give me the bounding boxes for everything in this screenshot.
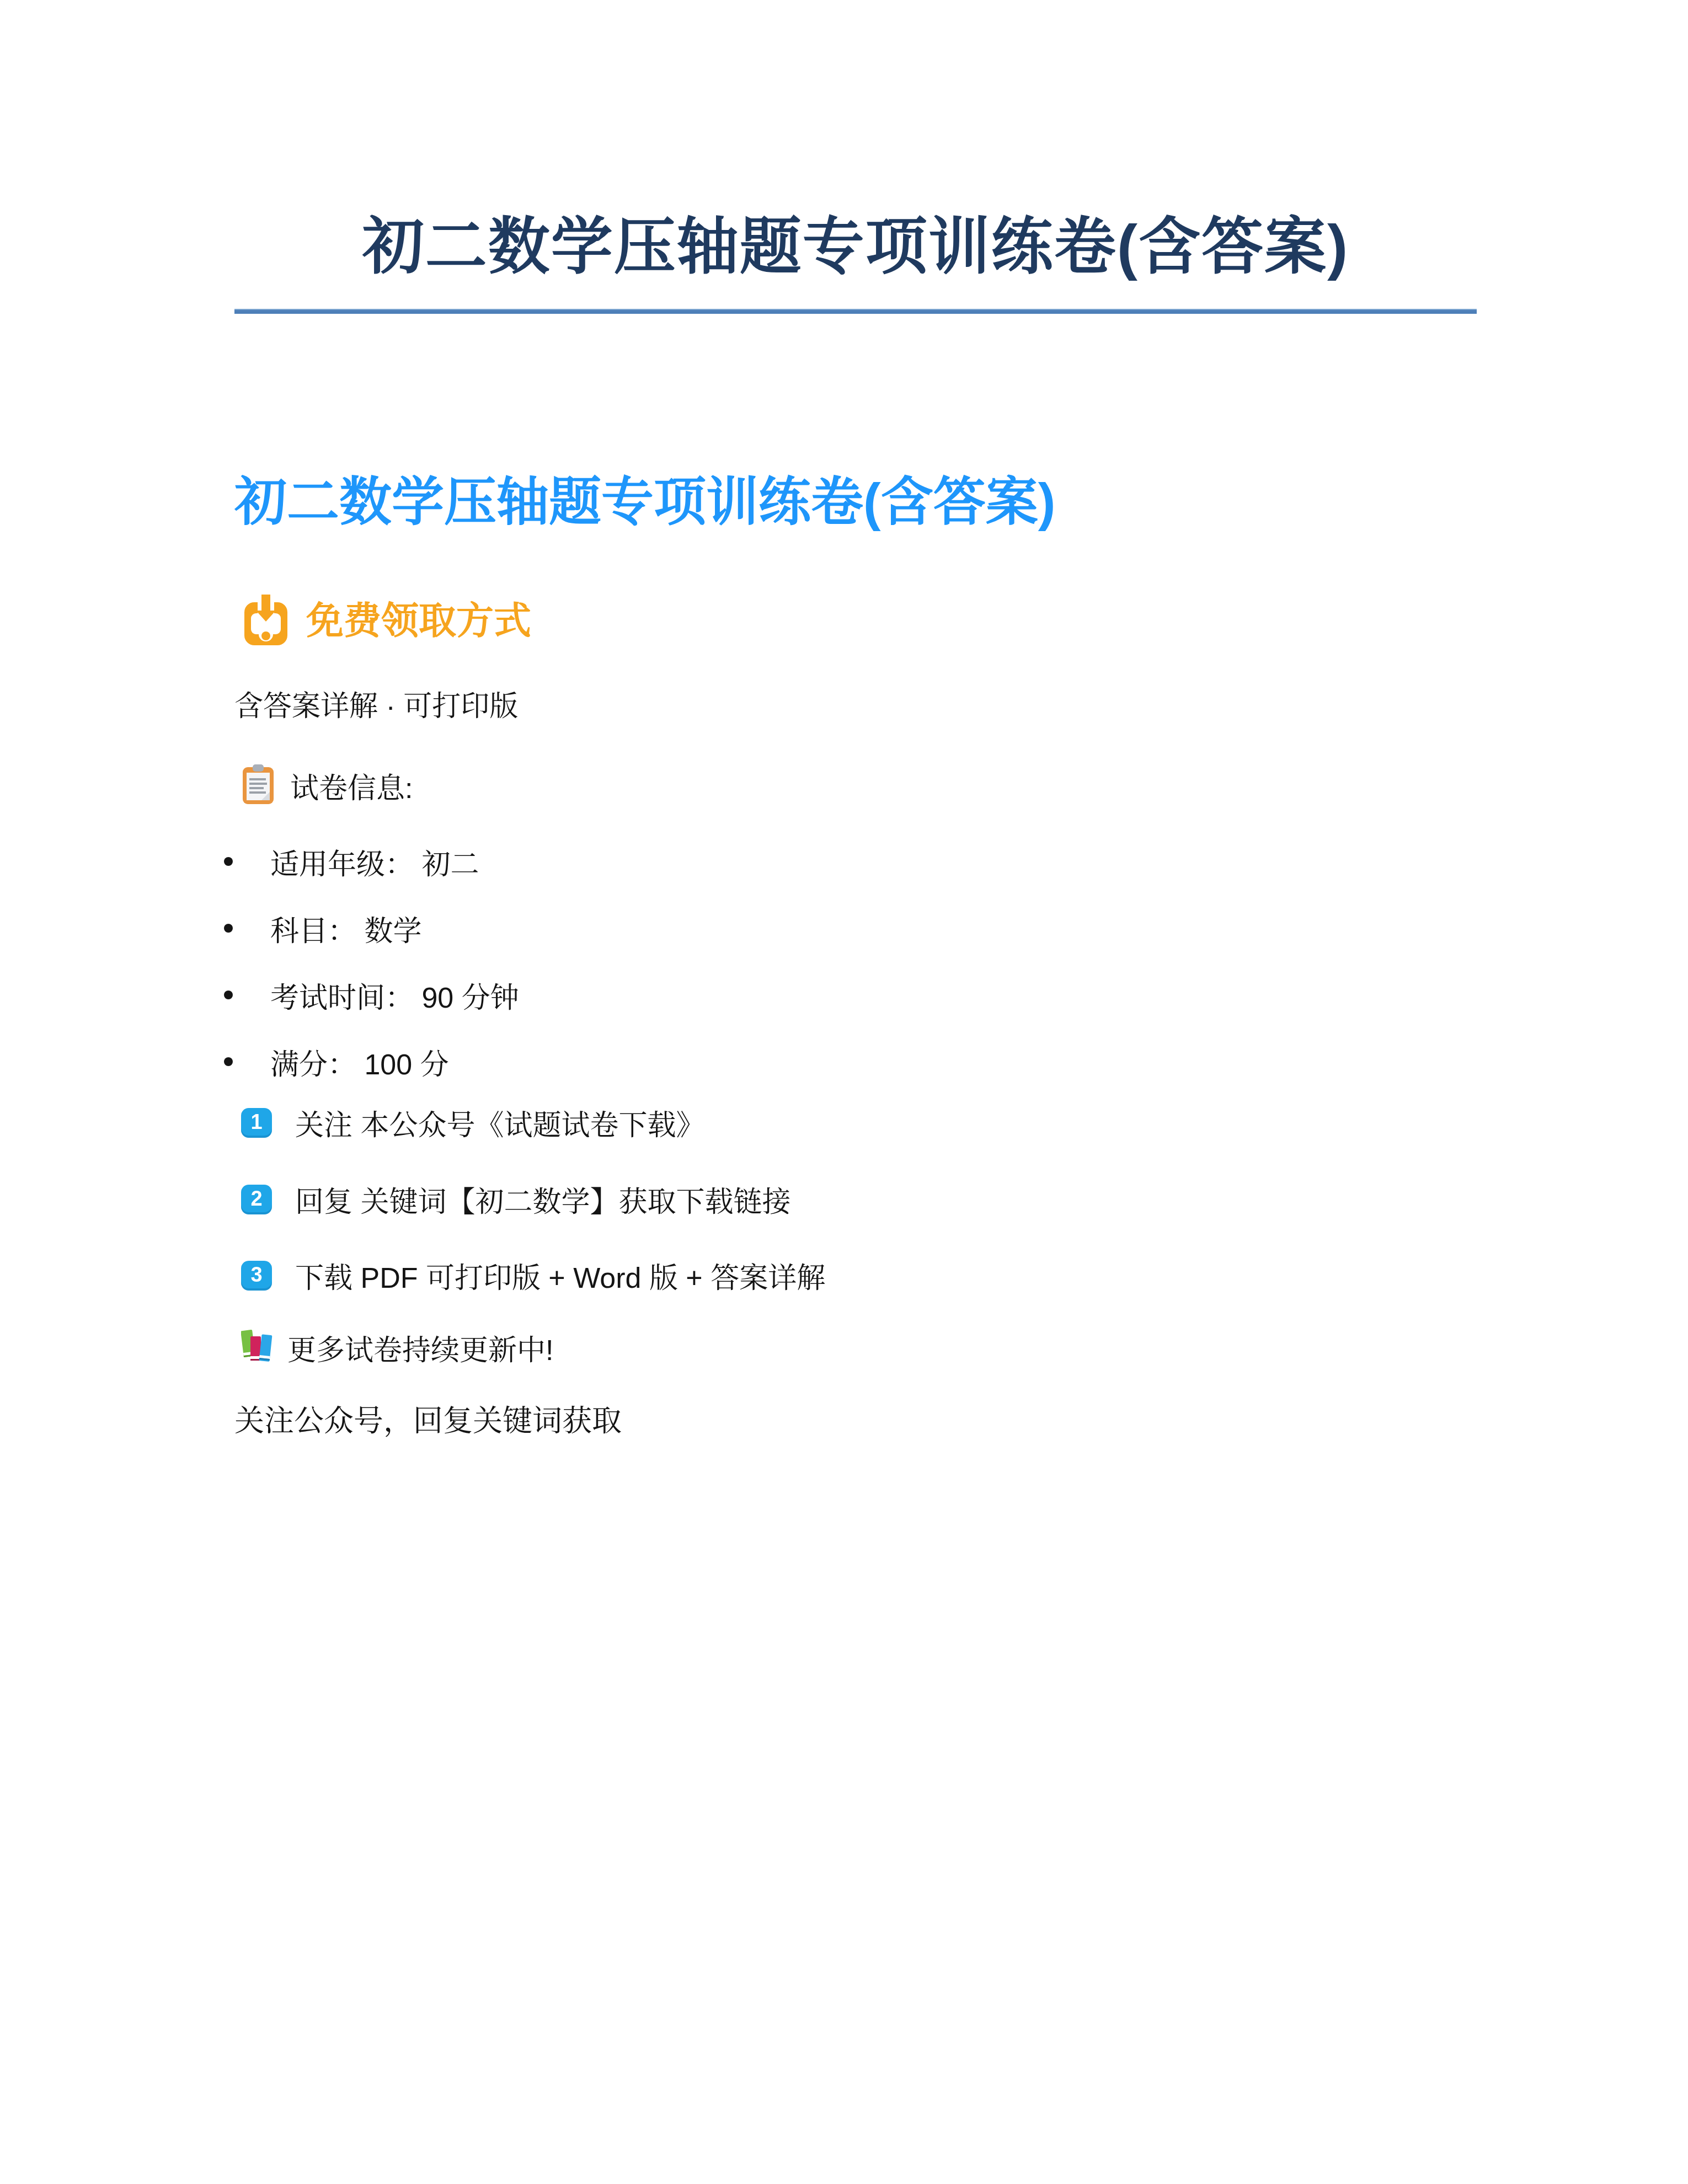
title-divider	[234, 309, 1477, 314]
step-row-1: 1 关注 本公众号《试题试卷下载》	[241, 1102, 704, 1143]
claim-heading-row: 免费领取方式	[244, 595, 531, 648]
step-row-3: 3 下载 PDF 可打印版 + Word 版 + 答案详解	[241, 1255, 825, 1296]
info-heading-label: 试卷信息:	[290, 765, 413, 806]
list-item: 考试时间： 90 分钟	[224, 976, 519, 1014]
info-item-subject: 科目： 数学	[270, 908, 421, 949]
info-item-duration: 考试时间： 90 分钟	[270, 975, 519, 1016]
document-page: 初二数学压轴题专项训练卷(含答案) 初二数学压轴题专项训练卷(含答案) 免费领取…	[0, 0, 1688, 2184]
list-item: 满分： 100 分	[224, 1042, 519, 1081]
bullet-icon	[224, 857, 233, 866]
books-icon	[241, 1329, 273, 1366]
info-list: 适用年级： 初二 科目： 数学 考试时间： 90 分钟 满分： 100 分	[224, 842, 519, 1109]
number-1-keycap-icon: 1	[241, 1108, 272, 1138]
description-line: 含答案详解 · 可打印版	[234, 688, 518, 726]
number-3-keycap-icon: 3	[241, 1261, 272, 1291]
more-text: 更多试卷持续更新中!	[287, 1327, 553, 1368]
list-item: 科目： 数学	[224, 909, 519, 948]
list-item: 适用年级： 初二	[224, 842, 519, 881]
info-item-score: 满分： 100 分	[270, 1041, 449, 1083]
bullet-icon	[224, 1057, 233, 1066]
more-row: 更多试卷持续更新中!	[241, 1330, 553, 1364]
bullet-icon	[224, 924, 233, 933]
claim-heading-label: 免费领取方式	[306, 599, 531, 644]
step-3-text: 下载 PDF 可打印版 + Word 版 + 答案详解	[295, 1255, 825, 1296]
footer-line: 关注公众号，回复关键词获取	[234, 1402, 622, 1441]
page-title: 初二数学压轴题专项训练卷(含答案)	[234, 208, 1477, 286]
number-2-keycap-icon: 2	[241, 1185, 272, 1214]
info-item-grade: 适用年级： 初二	[270, 841, 479, 882]
bullet-icon	[224, 991, 233, 999]
step-1-text: 关注 本公众号《试题试卷下载》	[295, 1102, 704, 1143]
clipboard-icon	[243, 764, 274, 807]
inbox-download-icon	[244, 595, 287, 648]
article-title: 初二数学压轴题专项训练卷(含答案)	[234, 470, 1055, 536]
step-row-2: 2 回复 关键词【初二数学】获取下载链接	[241, 1179, 790, 1220]
info-heading-row: 试卷信息:	[243, 764, 413, 806]
step-2-text: 回复 关键词【初二数学】获取下载链接	[295, 1179, 790, 1220]
